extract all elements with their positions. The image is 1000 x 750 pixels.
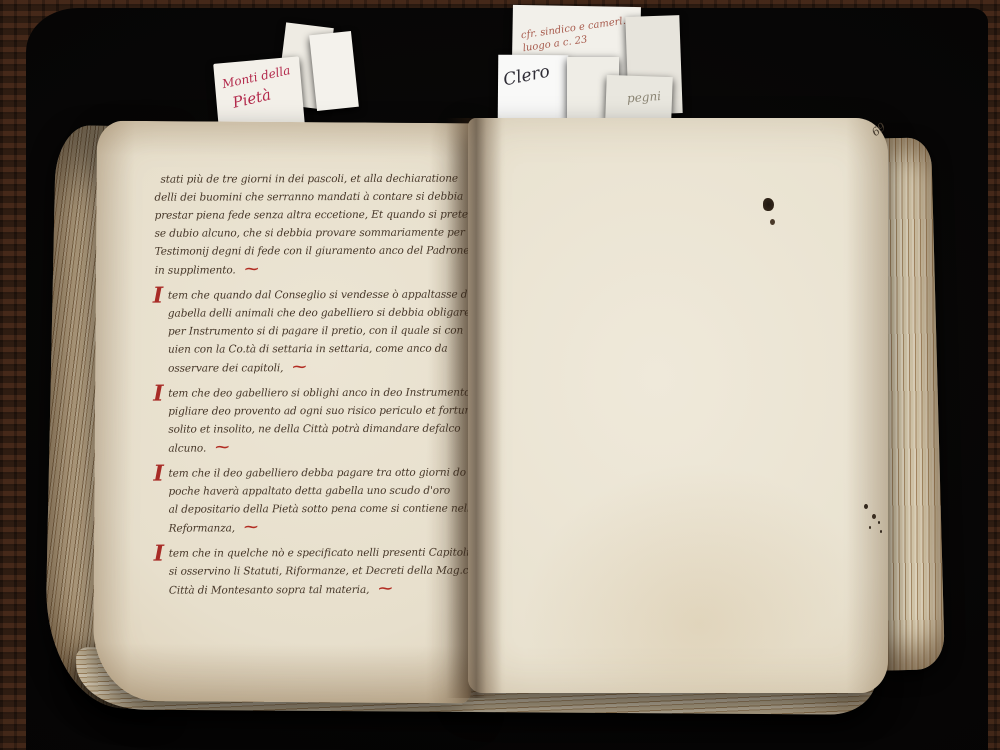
manuscript-line: uien con la Co.tà di settaria in settari… xyxy=(168,340,455,359)
right-page: 69 xyxy=(468,118,888,693)
clero-tab: Clero xyxy=(498,55,569,122)
ink-blot xyxy=(763,198,774,211)
manuscript-line: gabella delli animali che deo gabelliero… xyxy=(168,304,455,323)
red-paragraph-mark: ⁓ xyxy=(378,581,390,597)
manuscript-line: pigliare deo provento ad ogni suo risico… xyxy=(168,402,455,421)
manuscript-line: tem che in quelche nò e specificato nell… xyxy=(169,544,456,563)
manuscript-line: osservare dei capitoli,⁓ xyxy=(168,358,455,378)
monti-della-pieta-label: Monti della Pietà xyxy=(213,56,305,131)
manuscript-line: se dubio alcuno, che si debbia provare s… xyxy=(155,224,455,243)
manuscript-line: solito et insolito, ne della Città potrà… xyxy=(168,420,455,439)
manuscript-line: Città di Montesanto sopra tal materia,⁓ xyxy=(169,580,456,600)
manuscript-line: tem che deo gabelliero si oblighi anco i… xyxy=(168,384,455,403)
label-line-1: Monti della xyxy=(221,63,292,91)
manuscript-line: tem che il deo gabelliero debba pagare t… xyxy=(168,464,455,483)
manuscript-paragraph: Item che in quelche nò e specificato nel… xyxy=(156,544,456,600)
manuscript-paragraph: stati più de tre giorni in dei pascoli, … xyxy=(154,170,454,280)
manuscript-line: Testimonij degni di fede con il giuramen… xyxy=(155,242,455,261)
red-paragraph-mark: ⁓ xyxy=(215,439,227,455)
manuscript-line: alcuno.⁓ xyxy=(168,438,455,458)
manuscript-line: stati più de tre giorni in dei pascoli, … xyxy=(154,170,454,189)
manuscript-text: stati più de tre giorni in dei pascoli, … xyxy=(154,170,456,607)
red-paragraph-mark: ⁓ xyxy=(244,519,256,535)
red-paragraph-mark: ⁓ xyxy=(292,359,304,375)
manuscript-line: per Instrumento si di pagare il pretio, … xyxy=(168,322,455,341)
manuscript-paragraph: Item che il deo gabelliero debba pagare … xyxy=(155,464,455,538)
manuscript-paragraph: Item che quando dal Conseglio si vendess… xyxy=(155,286,455,378)
manuscript-line: delli dei buomini che serranno mandati à… xyxy=(154,188,454,207)
blank-bookmark-slip xyxy=(309,31,359,111)
manuscript-line: Reformanza,⁓ xyxy=(169,518,456,538)
red-item-initial: I xyxy=(154,544,164,564)
manuscript-line: si osservino li Statuti, Riformanze, et … xyxy=(169,562,456,581)
manuscript-line: poche haverà appaltato detta gabella uno… xyxy=(168,482,455,501)
red-item-initial: I xyxy=(153,384,163,404)
manuscript-paragraph: Item che deo gabelliero si oblighi anco … xyxy=(155,384,455,458)
reference-note-text: cfr. sindico e camerl. luogo a c. 23 xyxy=(520,15,628,55)
manuscript-line: al depositario della Pietà sotto pena co… xyxy=(169,500,456,519)
red-paragraph-mark: ⁓ xyxy=(245,261,257,277)
pegni-tab: pegni xyxy=(605,75,672,121)
red-item-initial: I xyxy=(153,464,163,484)
left-page: stati più de tre giorni in dei pascoli, … xyxy=(93,121,475,704)
manuscript-line: tem che quando dal Conseglio si vendesse… xyxy=(168,286,455,305)
manuscript-line: prestar piena fede senza altra eccetione… xyxy=(155,206,455,225)
clero-tab-label: Clero xyxy=(502,62,552,89)
manuscript-line: in supplimento.⁓ xyxy=(155,260,455,280)
ink-specks xyxy=(864,504,868,509)
manuscript-photograph: Monti della Pietà cfr. sindico e camerl.… xyxy=(0,0,1000,750)
red-item-initial: I xyxy=(153,286,163,306)
pegni-tab-label: pegni xyxy=(627,90,662,105)
ink-blot xyxy=(770,219,775,225)
label-line-2: Pietà xyxy=(231,86,272,110)
